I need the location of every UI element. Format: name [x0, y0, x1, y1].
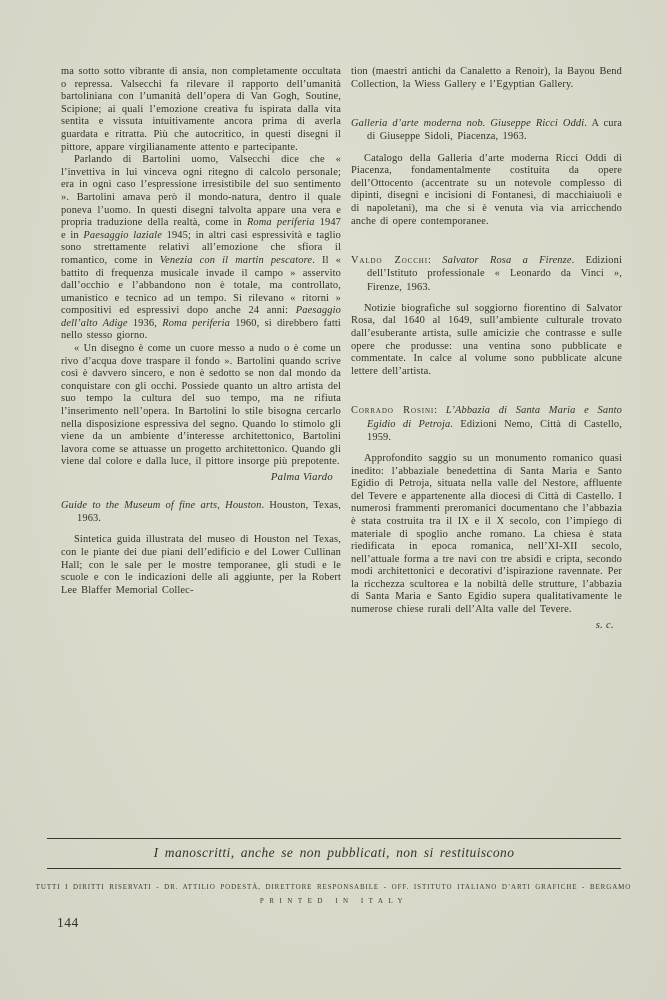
imprint-credits: TUTTI I DIRITTI RISERVATI - DR. ATTILIO … — [24, 883, 643, 891]
footer-divider-bottom — [47, 868, 621, 869]
paragraph: Approfondito saggio su un monumento roma… — [351, 453, 622, 617]
bibliography-entry: Corrado Rosini: L’Abbazia di Santa Maria… — [351, 404, 622, 444]
paragraph: Parlando di Bartolini uomo, Valsecchi di… — [61, 154, 341, 343]
reviewer-initials: s. c. — [351, 619, 614, 632]
right-column: tion (maestri antichi da Canaletto a Ren… — [351, 66, 622, 645]
paragraph: Notizie biografiche sul soggiorno fioren… — [351, 303, 622, 379]
bibliography-entry: Guide to the Museum of fine arts, Housto… — [61, 499, 341, 525]
page-number: 144 — [57, 915, 79, 931]
printed-in-italy: PRINTED IN ITALY — [47, 897, 621, 905]
paragraph: Catalogo della Galleria d’arte moderna R… — [351, 153, 622, 229]
bibliography-entry: Galleria d’arte moderna nob. Giuseppe Ri… — [351, 117, 622, 143]
author-signature: Palma Viardo — [61, 471, 333, 484]
bibliography-entry: Valdo Zocchi: Salvator Rosa a Firenze. E… — [351, 254, 622, 294]
paragraph: « Un disegno è come un cuore messo a nud… — [61, 343, 341, 469]
paragraph: Sintetica guida illustrata del museo di … — [61, 534, 341, 597]
paragraph-continuation: tion (maestri antichi da Canaletto a Ren… — [351, 66, 622, 91]
left-column: ma sotto sotto vibrante di ansia, non co… — [61, 66, 341, 597]
footer-divider-top — [47, 838, 621, 839]
manuscripts-notice: I manoscritti, anche se non pubblicati, … — [47, 845, 621, 861]
paragraph-continuation: ma sotto sotto vibrante di ansia, non co… — [61, 66, 341, 154]
scanned-journal-page: ma sotto sotto vibrante di ansia, non co… — [0, 0, 667, 1000]
